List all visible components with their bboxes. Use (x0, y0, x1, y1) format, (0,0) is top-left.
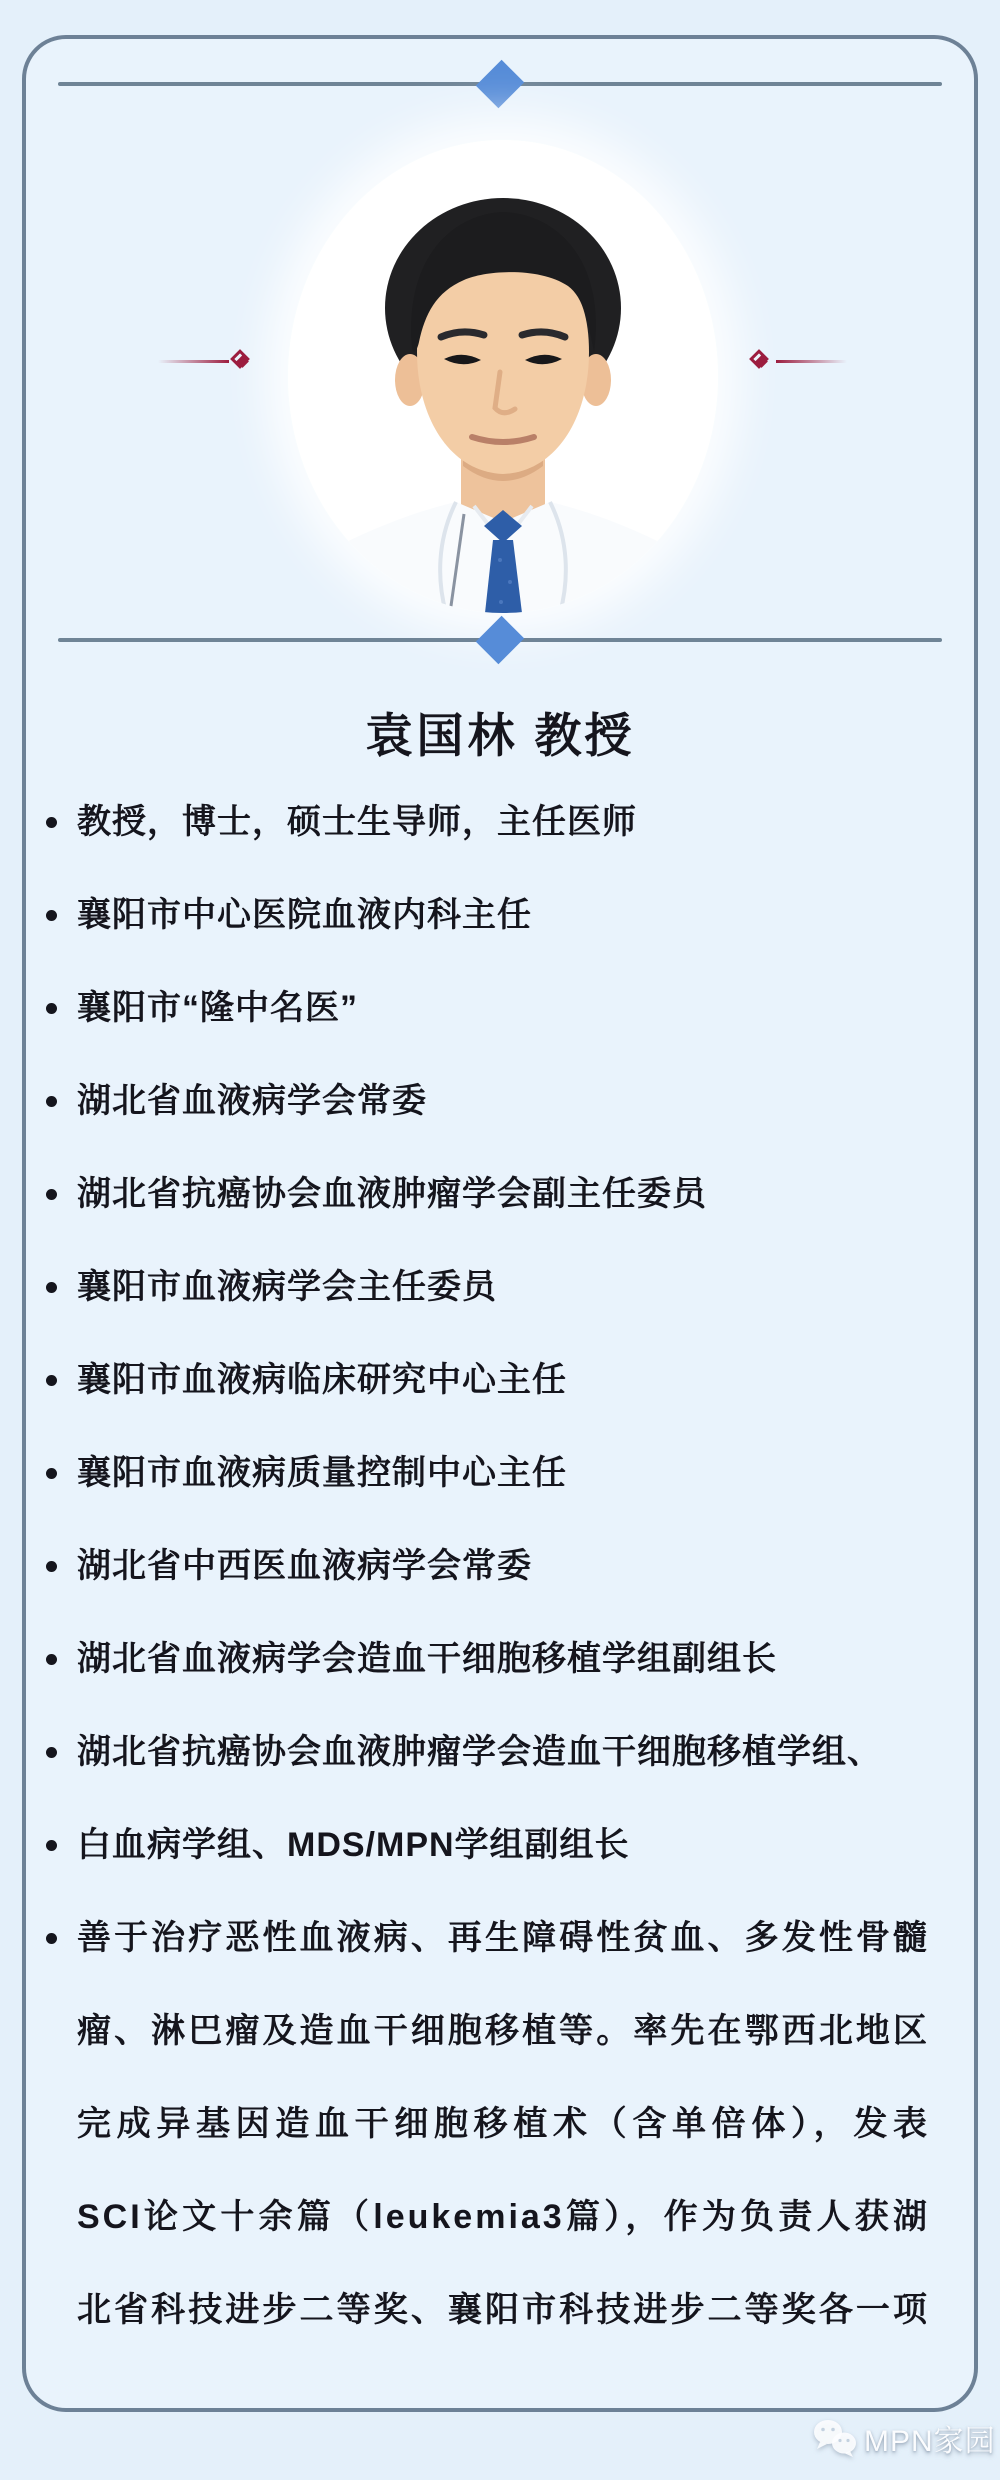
list-item-text: 湖北省血液病学会造血干细胞移植学组副组长 (77, 1640, 777, 1678)
list-item-text: 教授，博士，硕士生导师，主任医师 (77, 803, 637, 841)
bullet-dot (46, 1840, 57, 1851)
list-item-text: 襄阳市血液病临床研究中心主任 (77, 1361, 567, 1399)
bullet-dot (46, 1747, 57, 1758)
list-item-text: 湖北省抗癌协会血液肿瘤学会造血干细胞移植学组、 (77, 1733, 882, 1771)
bullet-dot (46, 1933, 57, 1944)
list-item: 湖北省血液病学会造血干细胞移植学组副组长 (46, 1613, 930, 1706)
bullet-dot (46, 1003, 57, 1014)
list-item: 襄阳市中心医院血液内科主任 (46, 869, 930, 962)
watermark: MPN家园 (812, 2416, 996, 2460)
bullet-dot (46, 817, 57, 828)
profile-poster: 袁国林教授 教授，博士，硕士生导师，主任医师 襄阳市中心医院血液内科主任 襄阳市… (0, 0, 1000, 2480)
doctor-name: 袁国林 (366, 709, 519, 762)
list-item-text: 湖北省血液病学会常委 (77, 1082, 427, 1120)
doctor-portrait-illustration (288, 140, 718, 613)
list-item-text: 白血病学组、MDS/MPN学组副组长 (77, 1826, 630, 1864)
credentials-list: 教授，博士，硕士生导师，主任医师 襄阳市中心医院血液内科主任 襄阳市“隆中名医”… (46, 776, 930, 2357)
bullet-dot (46, 1654, 57, 1665)
list-item-text: 襄阳市血液病质量控制中心主任 (77, 1454, 567, 1492)
bullet-dot (46, 1282, 57, 1293)
page-title: 袁国林教授 (0, 706, 1000, 766)
list-item: 襄阳市血液病临床研究中心主任 (46, 1334, 930, 1427)
bio-line: 完成异基因造血干细胞移植术（含单倍体），发表 (77, 2078, 930, 2171)
list-item: 湖北省中西医血液病学会常委 (46, 1520, 930, 1613)
bullet-dot (46, 1375, 57, 1386)
bullet-dot (46, 1189, 57, 1200)
list-item-text: 襄阳市中心医院血液内科主任 (77, 896, 532, 934)
left-ornament-line (158, 360, 229, 363)
list-item: 湖北省抗癌协会血液肿瘤学会造血干细胞移植学组、 (46, 1706, 930, 1799)
list-item: 襄阳市血液病学会主任委员 (46, 1241, 930, 1334)
bio-item: 善于治疗恶性血液病、再生障碍性贫血、多发性骨髓 瘤、淋巴瘤及造血干细胞移植等。率… (46, 1892, 930, 2357)
bio-line: 瘤、淋巴瘤及造血干细胞移植等。率先在鄂西北地区 (77, 1985, 930, 2078)
bullet-dot (46, 1468, 57, 1479)
bio-line: SCI论文十余篇（leukemia3篇），作为负责人获湖 (77, 2171, 930, 2264)
bullet-dot (46, 1096, 57, 1107)
list-item-text: 襄阳市“隆中名医” (77, 989, 358, 1027)
list-item-text: 襄阳市血液病学会主任委员 (77, 1268, 497, 1306)
doctor-photo (288, 140, 718, 613)
list-item: 襄阳市血液病质量控制中心主任 (46, 1427, 930, 1520)
right-ornament-line (776, 360, 847, 363)
bullet-dot (46, 910, 57, 921)
list-item-text: 湖北省抗癌协会血液肿瘤学会副主任委员 (77, 1175, 707, 1213)
watermark-label: MPN家园 (864, 2416, 996, 2460)
list-item: 襄阳市“隆中名医” (46, 962, 930, 1055)
list-item: 湖北省血液病学会常委 (46, 1055, 930, 1148)
list-item: 教授，博士，硕士生导师，主任医师 (46, 776, 930, 869)
bio-line: 善于治疗恶性血液病、再生障碍性贫血、多发性骨髓 (77, 1892, 930, 1985)
list-item: 白血病学组、MDS/MPN学组副组长 (46, 1799, 930, 1892)
list-item: 湖北省抗癌协会血液肿瘤学会副主任委员 (46, 1148, 930, 1241)
bio-line: 北省科技进步二等奖、襄阳市科技进步二等奖各一项 (77, 2264, 930, 2357)
wechat-mascot-icon (812, 2417, 858, 2459)
doctor-title-suffix: 教授 (535, 709, 635, 762)
bullet-dot (46, 1561, 57, 1572)
bio-paragraph: 善于治疗恶性血液病、再生障碍性贫血、多发性骨髓 瘤、淋巴瘤及造血干细胞移植等。率… (77, 1892, 930, 2357)
list-item-text: 湖北省中西医血液病学会常委 (77, 1547, 532, 1585)
